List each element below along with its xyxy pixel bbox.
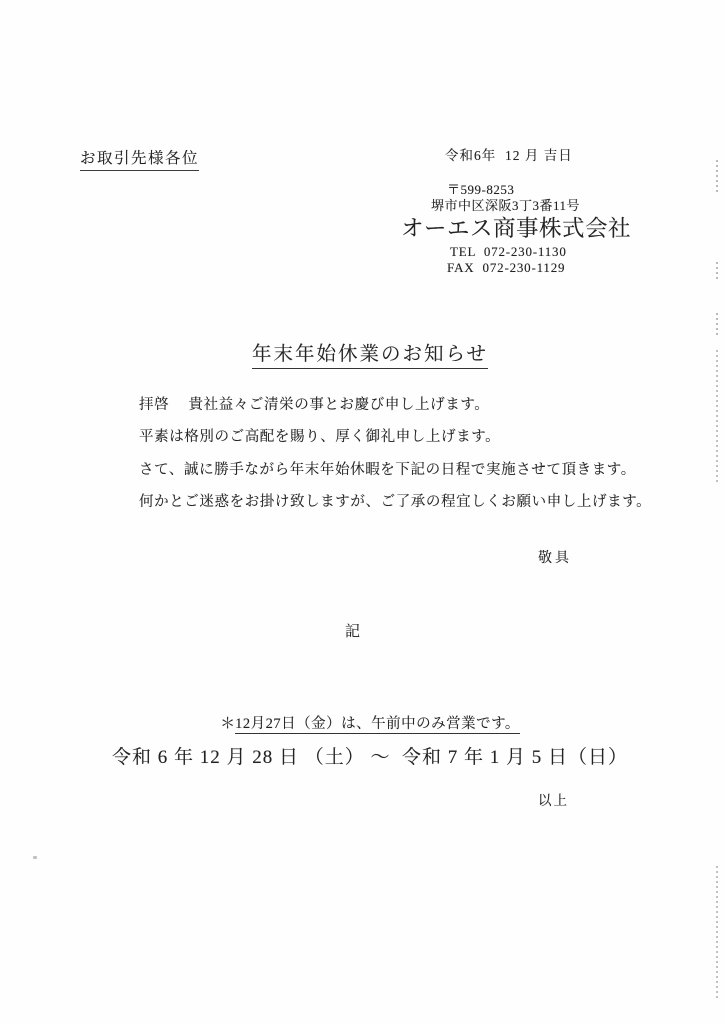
closure-period-row: 令和 6 年 12 月 28 日 （土） ～ 令和 7 年 1 月 5 日（日） xyxy=(0,724,724,787)
scan-artifact-dashed-line xyxy=(716,866,718,1000)
body-paragraph-line: 何かとご迷惑をお掛け致しますが、ご了承の程宜しくお願い申し上げます。 xyxy=(139,490,651,511)
sender-company-name: オーエス商事株式会社 xyxy=(401,211,631,243)
scanned-letter-page: お取引先様各位 令和6年 12 月 吉日 〒599-8253 堺市中区深阪3丁3… xyxy=(0,0,724,1024)
end-marker-ijou: 以上 xyxy=(538,789,569,809)
document-title: 年末年始休業のお知らせ xyxy=(252,338,488,369)
sender-tel: TEL 072-230-1130 xyxy=(450,244,567,260)
body-paragraph-line: 拝啓 貴社益々ご清栄の事とお慶び申し上げます。 xyxy=(139,393,489,414)
scan-artifact-dashed-line xyxy=(716,160,718,192)
recipient-line: お取引先様各位 xyxy=(80,146,199,171)
scan-artifact-dashed-line xyxy=(716,262,718,280)
issue-date: 令和6年 12 月 吉日 xyxy=(445,144,573,164)
scan-artifact-dashed-line xyxy=(716,350,718,485)
document-title-row: 年末年始休業のお知らせ xyxy=(0,320,724,387)
closing-keigu: 敬具 xyxy=(538,547,572,567)
body-paragraph-line: さて、誠に勝手ながら年末年始休暇を下記の日程で実施させて頂きます。 xyxy=(139,458,636,479)
closure-period: 令和 6 年 12 月 28 日 （土） ～ 令和 7 年 1 月 5 日（日） xyxy=(112,747,628,768)
sender-fax: FAX 072-230-1129 xyxy=(447,260,565,276)
scan-artifact-speck xyxy=(33,856,37,859)
scan-artifact-dashed-line xyxy=(716,313,718,335)
record-marker-ki: 記 xyxy=(345,620,360,641)
body-paragraph-line: 平素は格別のご高配を賜り、厚く御礼申し上げます。 xyxy=(139,425,500,446)
